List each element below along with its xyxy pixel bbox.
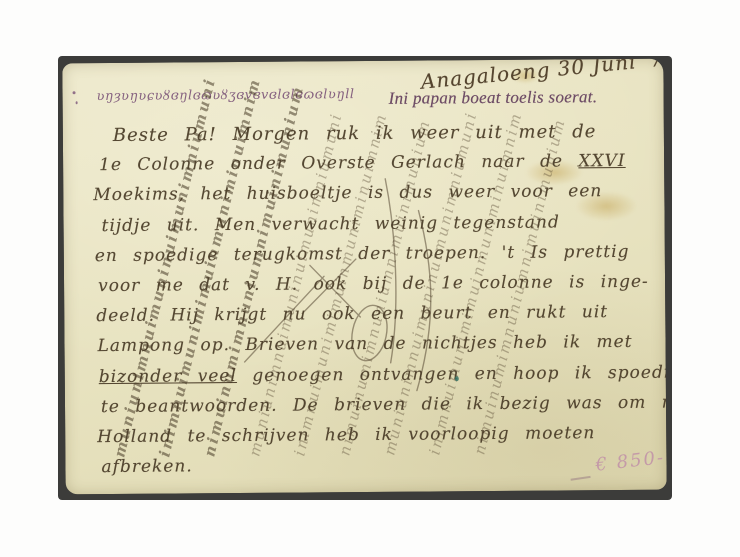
- javanese-script-line: ʋŋȝʋŋʋɕʋȣɞŋlɞɷʋȣʒɞvɞvɞlɞlɞɷɞlʋŋll: [97, 87, 355, 104]
- message-line: deeld. Hij krijgt nu ook een beurt en ru…: [64, 302, 665, 337]
- message-line: afbreken.: [65, 453, 666, 488]
- card-photo-frame: ʋŋȝʋŋʋɕʋȣɞŋlɞɷʋȣʒɞvɞvɞlɞlɞɷɞlʋŋll Ini pa…: [58, 56, 672, 500]
- message-line: 1e Colonne onder Overste Gerlach naar de…: [63, 151, 664, 186]
- message-line: Moekims, het huisboeltje is dus weer voo…: [63, 181, 664, 216]
- handwritten-message: Beste Pa! Morgen ruk ik weer uit met de …: [63, 121, 667, 488]
- ink-speck: [73, 91, 76, 94]
- photo-background: ʋŋȝʋŋʋɕʋȣɞŋlɞɷʋȣʒɞvɞvɞlɞlɞɷɞlʋŋll Ini pa…: [0, 0, 740, 557]
- message-line: bizonder veel genoegen ontvangen en hoop…: [65, 362, 666, 397]
- teal-ink-dot: [455, 376, 459, 381]
- message-line: Beste Pa! Morgen ruk ik weer uit met de: [63, 121, 664, 156]
- message-line: tijdje uit. Men verwacht weinig tegensta…: [64, 211, 665, 246]
- postcard: ʋŋȝʋŋʋɕʋȣɞŋlɞɷʋȣʒɞvɞvɞlɞlɞɷɞlʋŋll Ini pa…: [62, 59, 666, 495]
- message-line: te beantwoorden. De brieven die ik bezig…: [65, 392, 666, 427]
- ink-speck: [76, 101, 78, 104]
- message-line: en spoedige terugkomst der troepen. 't I…: [64, 241, 665, 276]
- printed-instruction-line: Ini papan boeat toelis soerat.: [389, 87, 598, 109]
- message-line: Lampong op. Brieven van de nichtjes heb …: [64, 332, 665, 367]
- message-line: Holland te schrijven heb ik voorloopig m…: [65, 423, 666, 458]
- message-line: voor me dat v. H. ook bij de 1e colonne …: [64, 272, 665, 307]
